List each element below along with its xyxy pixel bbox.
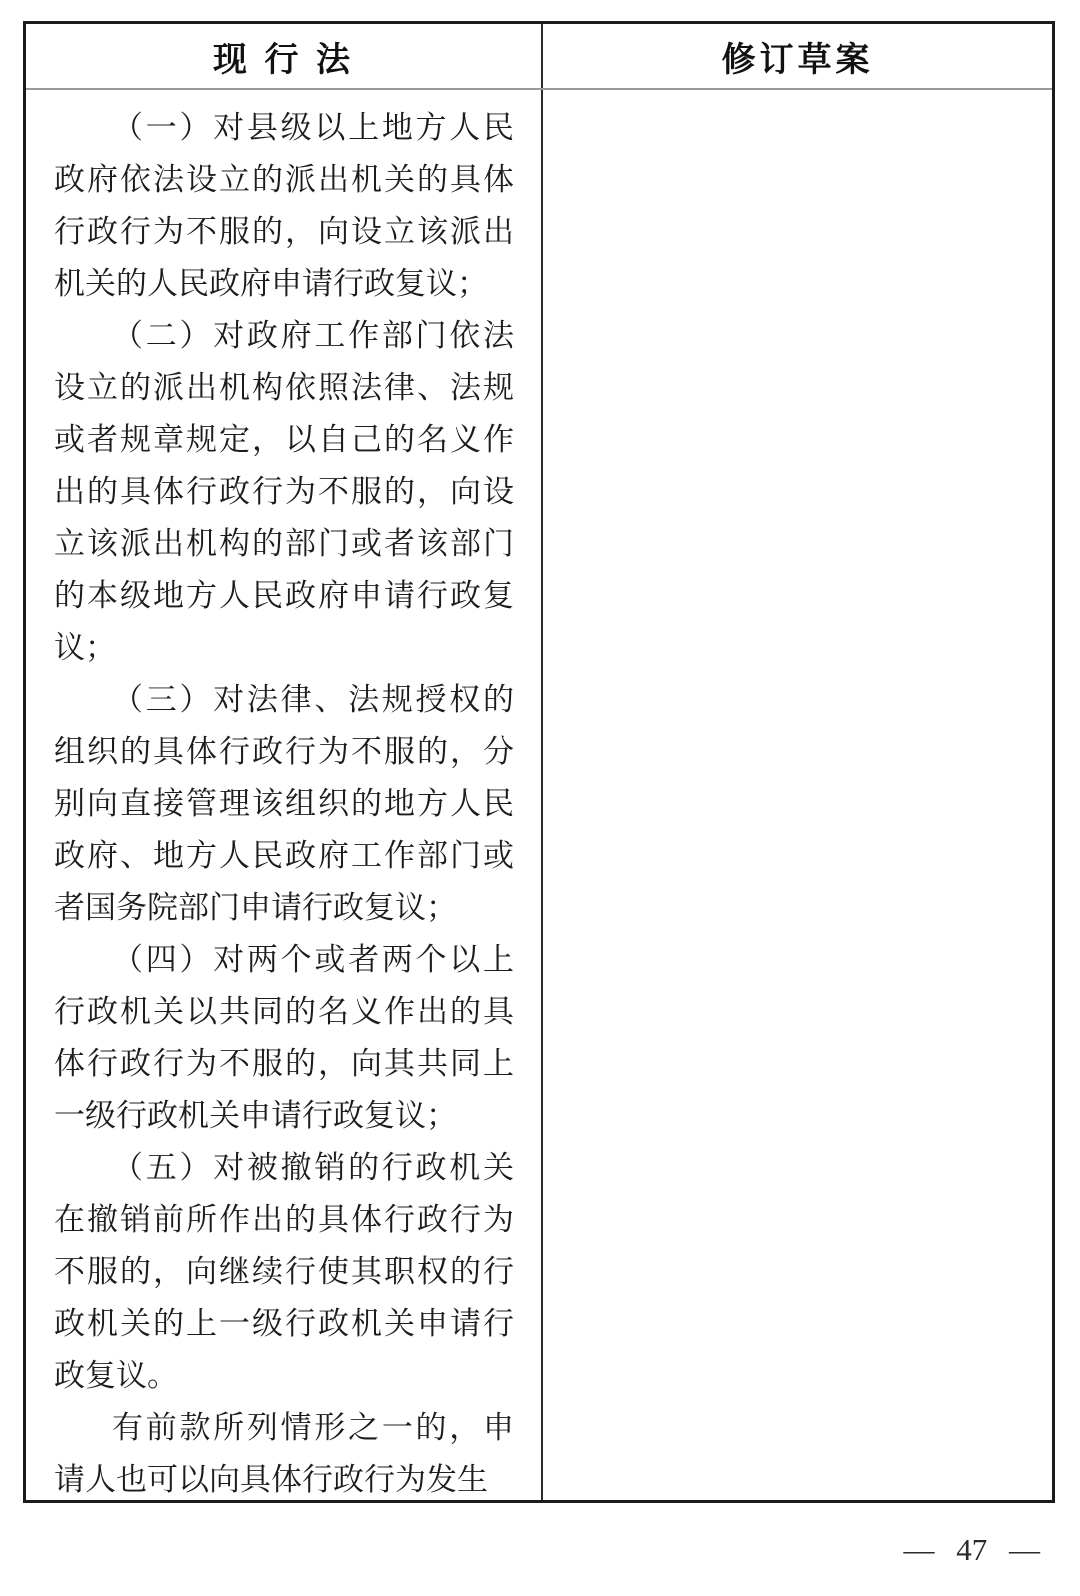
revision-draft-cell: [541, 90, 1052, 1500]
law-paragraph: （三）对法律、法规授权的组织的具体行政行为不服的，分别向直接管理该组织的地方人民…: [54, 674, 514, 934]
header-cell-current-law: 现 行 法: [26, 24, 541, 88]
law-paragraph: （一）对县级以上地方人民政府依法设立的派出机关的具体行政行为不服的，向设立该派出…: [54, 102, 514, 310]
document-page: 现 行 法 修订草案 （一）对县级以上地方人民政府依法设立的派出机关的具体行政行…: [0, 0, 1080, 1596]
header-cell-revision-draft: 修订草案: [541, 24, 1052, 88]
law-paragraph: 有前款所列情形之一的，申请人也可以向具体行政行为发生: [54, 1402, 514, 1500]
law-paragraph: （五）对被撤销的行政机关在撤销前所作出的具体行政行为不服的，向继续行使其职权的行…: [54, 1142, 514, 1402]
page-number: — 47 —: [904, 1532, 1041, 1568]
law-paragraph: （二）对政府工作部门依法设立的派出机构依照法律、法规或者规章规定，以自己的名义作…: [54, 310, 514, 674]
current-law-cell: （一）对县级以上地方人民政府依法设立的派出机关的具体行政行为不服的，向设立该派出…: [26, 90, 541, 1500]
table-body-row: （一）对县级以上地方人民政府依法设立的派出机关的具体行政行为不服的，向设立该派出…: [26, 90, 1052, 1500]
law-comparison-table: 现 行 法 修订草案 （一）对县级以上地方人民政府依法设立的派出机关的具体行政行…: [23, 21, 1055, 1503]
law-paragraph: （四）对两个或者两个以上行政机关以共同的名义作出的具体行政行为不服的，向其共同上…: [54, 934, 514, 1142]
table-header-row: 现 行 法 修订草案: [26, 24, 1052, 90]
